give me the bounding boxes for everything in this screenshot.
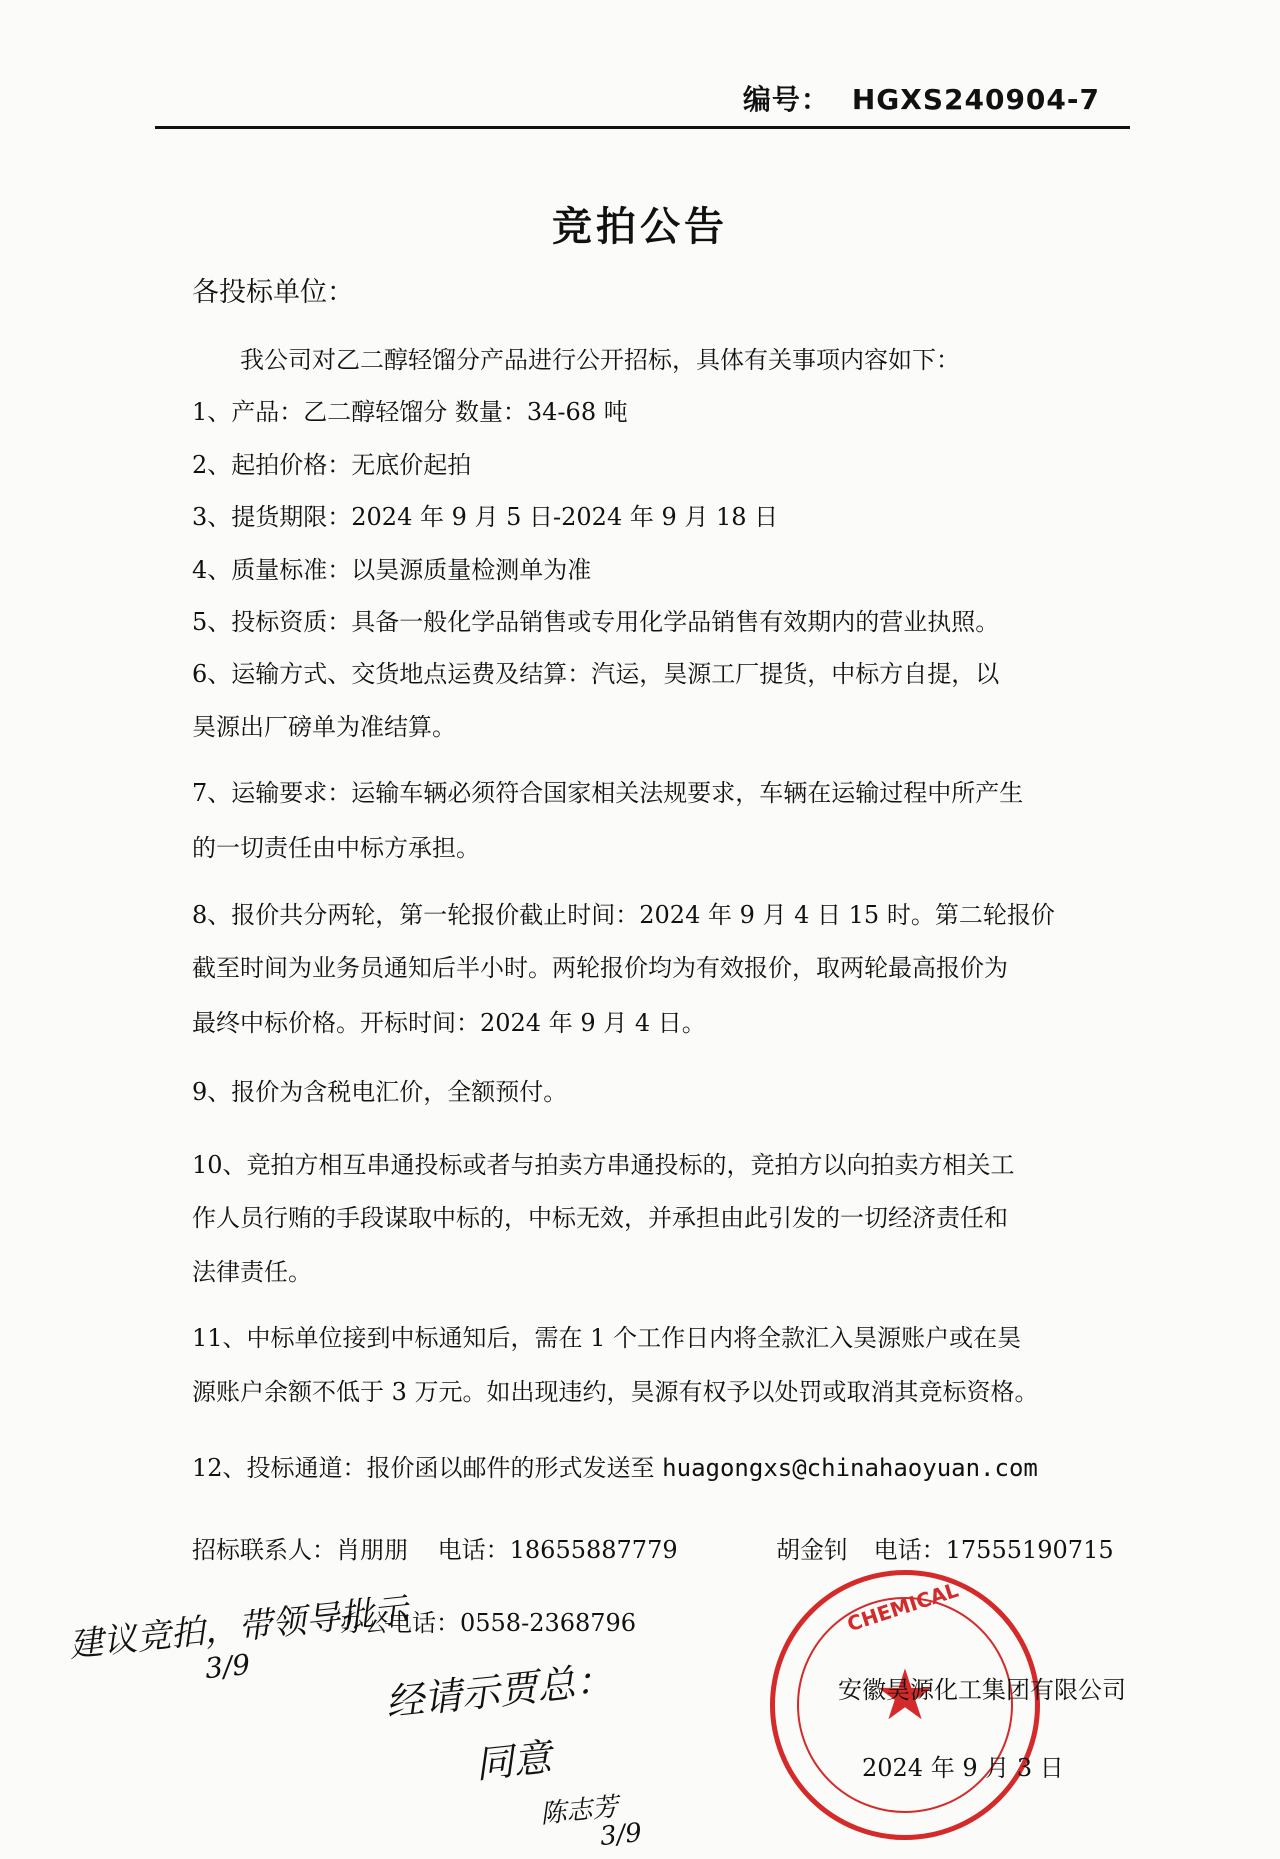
handwritten-initials-1: 3/9 [203, 1648, 251, 1686]
document-number-label: 编号： [743, 83, 830, 116]
document-number-value: HGXS240904-7 [852, 83, 1100, 116]
item-1: 1、产品：乙二醇轻馏分 数量：34-68 吨 [192, 392, 628, 427]
page-title: 竞拍公告 [0, 195, 1280, 252]
contact1-phone: 18655887779 [510, 1536, 678, 1564]
contact-secondary: 胡金钊 电话：17555190715 [776, 1530, 1114, 1565]
office-phone-value: 0558-2368796 [460, 1609, 636, 1637]
contact2-phone-label: 电话： [874, 1536, 946, 1564]
contact-label: 招标联系人： [192, 1536, 336, 1564]
submission-email-link[interactable]: huagongxs@chinahaoyuan.com [662, 1454, 1038, 1482]
item-8-line-3: 最终中标价格。开标时间：2024 年 9 月 4 日。 [192, 1003, 706, 1038]
document-number: 编号：HGXS240904-7 [743, 78, 1100, 118]
contact1-name: 肖朋朋 [336, 1536, 408, 1564]
handwritten-note-2: 经请示贾总： [383, 1648, 616, 1727]
company-name: 安徽昊源化工集团有限公司 [838, 1670, 1126, 1705]
item-11-line-1: 11、中标单位接到中标通知后，需在 1 个工作日内将全款汇入昊源账户或在昊 [192, 1318, 1021, 1353]
item-2: 2、起拍价格：无底价起拍 [192, 445, 471, 480]
item-7-line-2: 的一切责任由中标方承担。 [192, 828, 480, 863]
contact-primary: 招标联系人：肖朋朋 电话：18655887779 [192, 1530, 678, 1565]
item-3: 3、提货期限：2024 年 9 月 5 日-2024 年 9 月 18 日 [192, 497, 778, 532]
item-6-line-1: 6、运输方式、交货地点运费及结算：汽运，昊源工厂提货，中标方自提，以 [192, 654, 999, 689]
contact2-phone: 17555190715 [946, 1536, 1114, 1564]
item-9: 9、报价为含税电汇价，全额预付。 [192, 1072, 567, 1107]
contact2-name: 胡金钊 [776, 1536, 848, 1564]
intro-paragraph: 我公司对乙二醇轻馏分产品进行公开招标，具体有关事项内容如下： [240, 340, 960, 375]
item-8-line-1: 8、报价共分两轮，第一轮报价截止时间：2024 年 9 月 4 日 15 时。第… [192, 895, 1055, 930]
header-rule [155, 126, 1130, 129]
contact1-phone-label: 电话： [438, 1536, 510, 1564]
company-seal: ★ CHEMICAL [770, 1570, 1040, 1840]
item-12: 12、投标通道：报价函以邮件的形式发送至 huagongxs@chinahaoy… [192, 1448, 1038, 1483]
item-10-line-2: 作人员行贿的手段谋取中标的，中标无效，并承担由此引发的一切经济责任和 [192, 1198, 1008, 1233]
item-5: 5、投标资质：具备一般化学品销售或专用化学品销售有效期内的营业执照。 [192, 602, 999, 637]
item-12-text: 12、投标通道：报价函以邮件的形式发送至 [192, 1454, 662, 1482]
handwritten-initials-2: 3/9 [599, 1818, 644, 1852]
item-10-line-1: 10、竞拍方相互串通投标或者与拍卖方串通投标的，竞拍方以向拍卖方相关工 [192, 1145, 1015, 1180]
item-4: 4、质量标准：以昊源质量检测单为准 [192, 550, 591, 585]
item-6-line-2: 昊源出厂磅单为准结算。 [192, 707, 456, 742]
item-11-line-2: 源账户余额不低于 3 万元。如出现违约，昊源有权予以处罚或取消其竞标资格。 [192, 1372, 1039, 1407]
issue-date: 2024 年 9 月 3 日 [862, 1748, 1064, 1783]
item-8-line-2: 截至时间为业务员通知后半小时。两轮报价均为有效报价，取两轮最高报价为 [192, 948, 1008, 983]
item-10-line-3: 法律责任。 [192, 1252, 312, 1287]
item-7-line-1: 7、运输要求：运输车辆必须符合国家相关法规要求，车辆在运输过程中所产生 [192, 773, 1023, 808]
handwritten-note-3: 同意 [472, 1726, 553, 1789]
salutation: 各投标单位： [192, 278, 354, 308]
